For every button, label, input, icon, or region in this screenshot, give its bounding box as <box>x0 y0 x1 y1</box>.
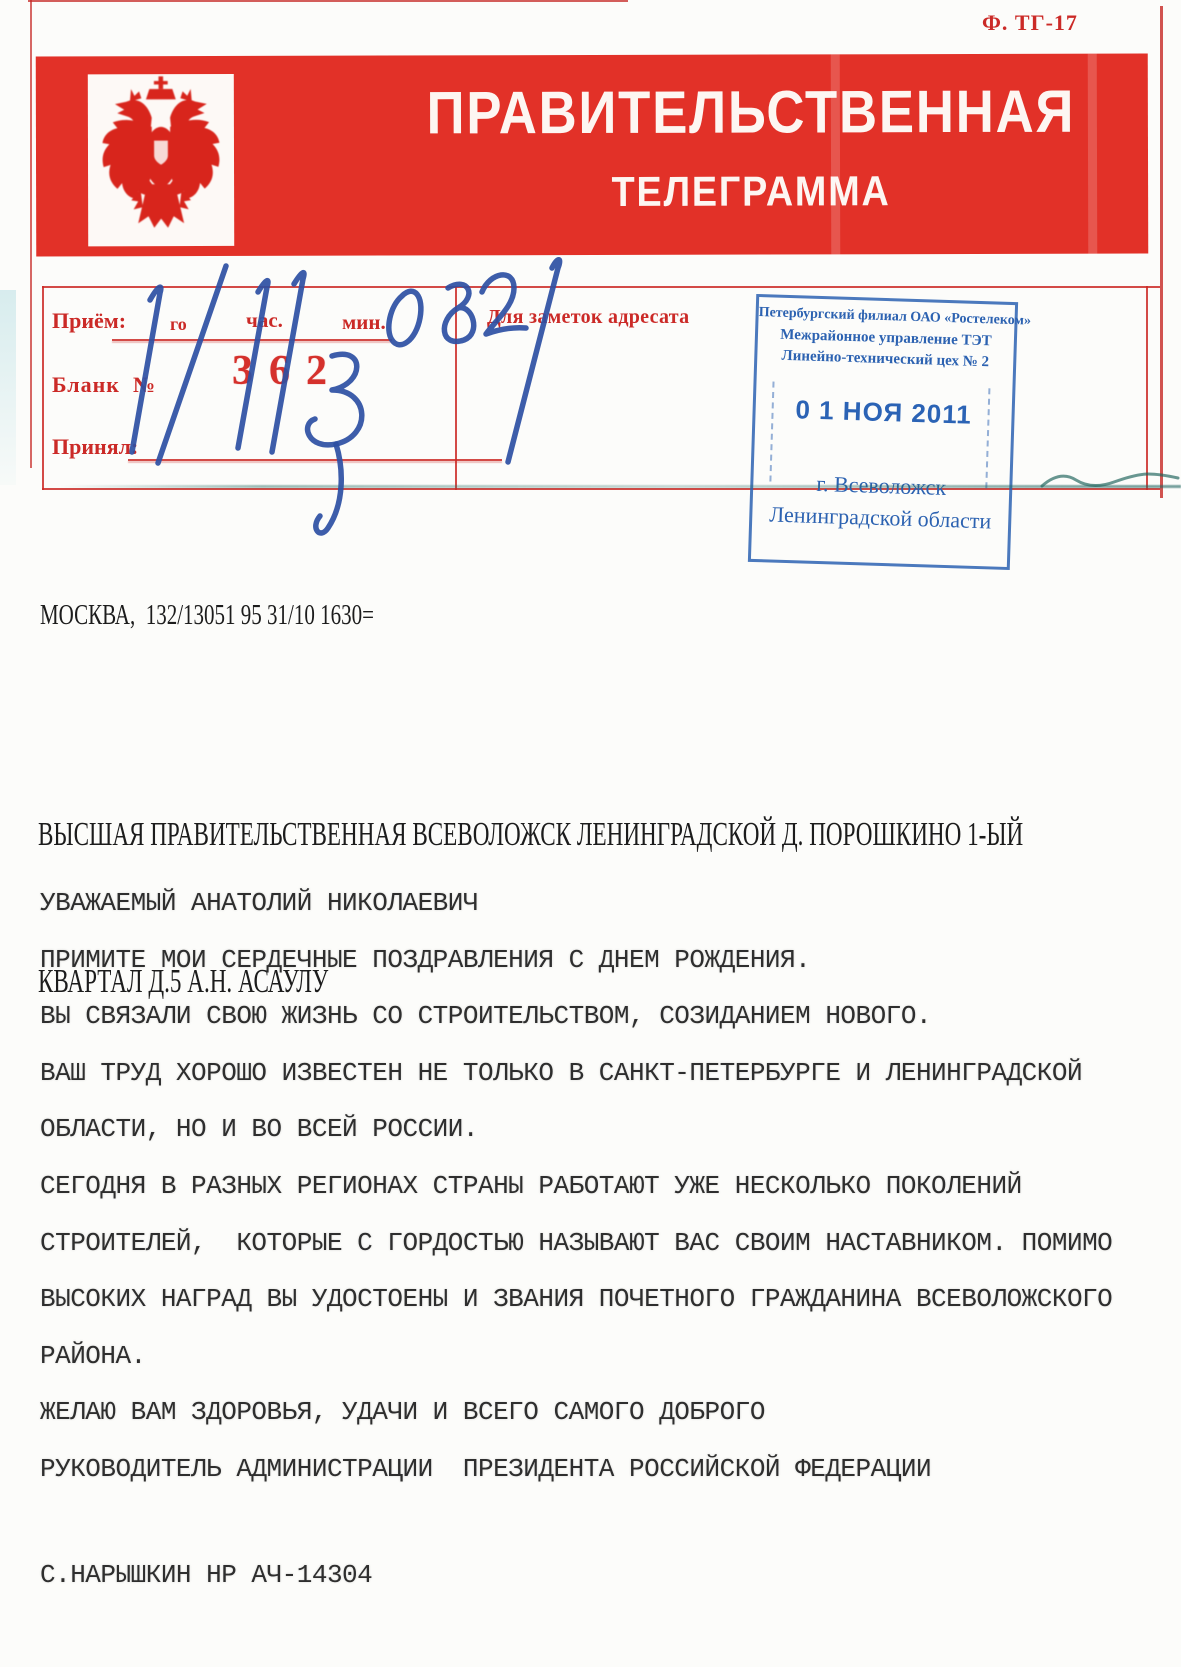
telegram-body-line: СЕГОДНЯ В РАЗНЫХ РЕГИОНАХ СТРАНЫ РАБОТАЮ… <box>40 1167 1181 1224</box>
telegram-body-line: УВАЖАЕМЫЙ АНАТОЛИЙ НИКОЛАЕВИЧ <box>40 884 1181 941</box>
header-banner: ПРАВИТЕЛЬСТВЕННАЯ ТЕЛЕГРАММА <box>36 54 1149 257</box>
handwriting-layer <box>80 250 620 550</box>
stamp-org-line1: Петербургский филиал ОАО «Ростелеком» <box>758 305 1014 329</box>
handwritten-date <box>132 287 161 452</box>
scan-artifact-right-line <box>1160 6 1163 498</box>
telegram-body-line: РАЙОНА. <box>40 1337 1181 1394</box>
postal-stamp: Петербургский филиал ОАО «Ростелеком» Ме… <box>748 294 1018 570</box>
scan-artifact-streak <box>0 290 16 485</box>
handwritten-date <box>238 281 268 448</box>
scan-artifact <box>831 54 841 254</box>
handwritten-minutes <box>482 275 526 334</box>
origin-routing-line: МОСКВА, 132/13051 95 31/10 1630= <box>40 600 1181 632</box>
telegram-body-line: РУКОВОДИТЕЛЬ АДМИНИСТРАЦИИ ПРЕЗИДЕНТА РО… <box>40 1450 1181 1507</box>
sender-signoff-line: С.НАРЫШКИН НР АЧ-14304 <box>40 1556 372 1594</box>
banner-title: ПРАВИТЕЛЬСТВЕННАЯ <box>386 82 1117 144</box>
handwritten-hours <box>444 284 473 341</box>
handwritten-date-slash <box>158 266 226 463</box>
handwritten-date <box>272 273 304 452</box>
telegram-body-line: ВЫСОКИХ НАГРАД ВЫ УДОСТОЕНЫ И ЗВАНИЯ ПОЧ… <box>40 1280 1181 1337</box>
scan-artifact <box>1088 54 1098 254</box>
telegram-body-line: ЖЕЛАЮ ВАМ ЗДОРОВЬЯ, УДАЧИ И ВСЕГО САМОГО… <box>40 1393 1181 1450</box>
address-line: ВЫСШАЯ ПРАВИТЕЛЬСТВЕННАЯ ВСЕВОЛОЖСК ЛЕНИ… <box>38 810 1181 859</box>
scan-artifact-squiggle <box>1040 450 1181 500</box>
telegram-body-line: ВАШ ТРУД ХОРОШО ИЗВЕСТЕН НЕ ТОЛЬКО В САН… <box>40 1054 1181 1111</box>
telegram-body: УВАЖАЕМЫЙ АНАТОЛИЙ НИКОЛАЕВИЧ ПРИМИТЕ МО… <box>40 884 1181 1507</box>
form-border-left <box>42 286 44 490</box>
telegram-body-line: ВЫ СВЯЗАЛИ СВОЮ ЖИЗНЬ СО СТРОИТЕЛЬСТВОМ,… <box>40 997 1181 1054</box>
handwritten-signature <box>316 444 341 533</box>
telegram-body-line: ПРИМИТЕ МОИ СЕРДЕЧНЫЕ ПОЗДРАВЛЕНИЯ С ДНЕ… <box>40 941 1181 998</box>
handwritten-signature <box>308 354 362 445</box>
stamp-org-line3: Линейно-технический цех № 2 <box>757 347 1013 372</box>
coat-of-arms-box <box>88 74 234 246</box>
telegram-body-line: ОБЛАСТИ, НО И ВО ВСЕЙ РОССИИ. <box>40 1110 1181 1167</box>
scan-artifact-left-line <box>30 0 32 468</box>
handwritten-hours <box>389 291 421 344</box>
stamp-region: Ленинградской области <box>752 501 1009 535</box>
scan-artifact-top-line <box>28 0 628 2</box>
banner-subtitle: ТЕЛЕГРАММА <box>378 170 1125 214</box>
telegram-page: Ф. ТГ-17 <box>0 0 1181 1667</box>
double-headed-eagle-icon <box>88 74 234 246</box>
stamp-date: 0 1 НОЯ 2011 <box>755 395 1012 429</box>
telegram-body-line: СТРОИТЕЛЕЙ, КОТОРЫЕ С ГОРДОСТЬЮ НАЗЫВАЮТ… <box>40 1224 1181 1281</box>
form-code-label: Ф. ТГ-17 <box>982 12 1078 34</box>
